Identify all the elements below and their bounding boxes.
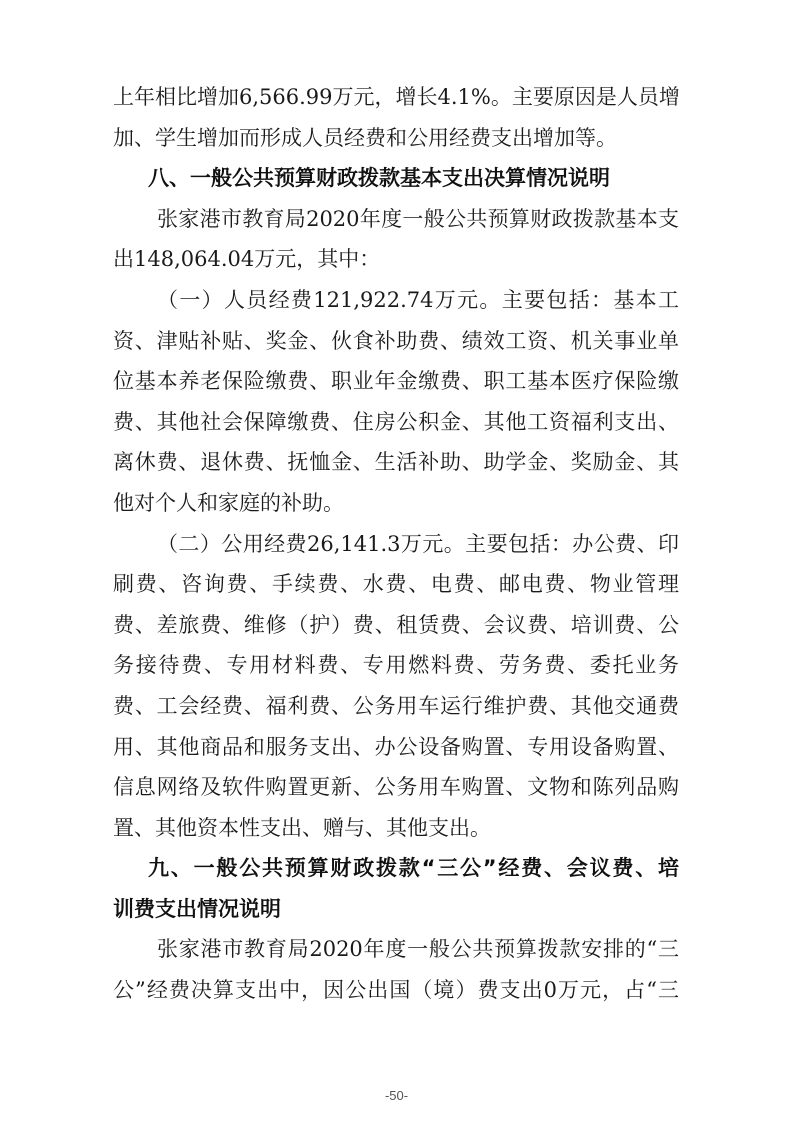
body-line: 他对个人和家庭的补助。 — [113, 483, 679, 524]
body-line: 出148,064.04万元，其中： — [113, 239, 679, 280]
personnel-expense-line: （一）人员经费121,922.74万元。主要包括：基本工 — [113, 280, 679, 321]
body-line: 公”经费决算支出中，因公出国（境）费支出0万元，占“三 — [113, 970, 679, 1011]
section-heading-9-cont: 训费支出情况说明 — [113, 889, 679, 930]
section-heading-9: 九、一般公共预算财政拨款“三公”经费、会议费、培 — [113, 848, 679, 889]
body-line: 张家港市教育局2020年度一般公共预算财政拨款基本支 — [113, 199, 679, 240]
body-line: 刷费、咨询费、手续费、水费、电费、邮电费、物业管理 — [113, 564, 679, 605]
body-line: 位基本养老保险缴费、职业年金缴费、职工基本医疗保险缴 — [113, 361, 679, 402]
body-line: 离休费、退休费、抚恤金、生活补助、助学金、奖励金、其 — [113, 442, 679, 483]
body-line: 费、差旅费、维修（护）费、租赁费、会议费、培训费、公 — [113, 605, 679, 646]
public-expense-line: （二）公用经费26,141.3万元。主要包括：办公费、印 — [113, 524, 679, 565]
body-line: 置、其他资本性支出、赠与、其他支出。 — [113, 808, 679, 849]
body-line: 张家港市教育局2020年度一般公共预算拨款安排的“三 — [113, 929, 679, 970]
body-line: 加、学生增加而形成人员经费和公用经费支出增加等。 — [113, 118, 679, 159]
body-line: 务接待费、专用材料费、专用燃料费、劳务费、委托业务 — [113, 645, 679, 686]
section-heading-8: 八、一般公共预算财政拨款基本支出决算情况说明 — [113, 158, 679, 199]
body-line: 费、工会经费、福利费、公务用车运行维护费、其他交通费 — [113, 686, 679, 727]
body-line: 费、其他社会保障缴费、住房公积金、其他工资福利支出、 — [113, 402, 679, 443]
document-page: 上年相比增加6,566.99万元，增长4.1%。主要原因是人员增 加、学生增加而… — [113, 77, 679, 1011]
body-line: 上年相比增加6,566.99万元，增长4.1%。主要原因是人员增 — [113, 77, 679, 118]
body-line: 资、津贴补贴、奖金、伙食补助费、绩效工资、机关事业单 — [113, 321, 679, 362]
body-line: 用、其他商品和服务支出、办公设备购置、专用设备购置、 — [113, 727, 679, 768]
body-line: 信息网络及软件购置更新、公务用车购置、文物和陈列品购 — [113, 767, 679, 808]
page-number: -50- — [0, 1088, 793, 1103]
